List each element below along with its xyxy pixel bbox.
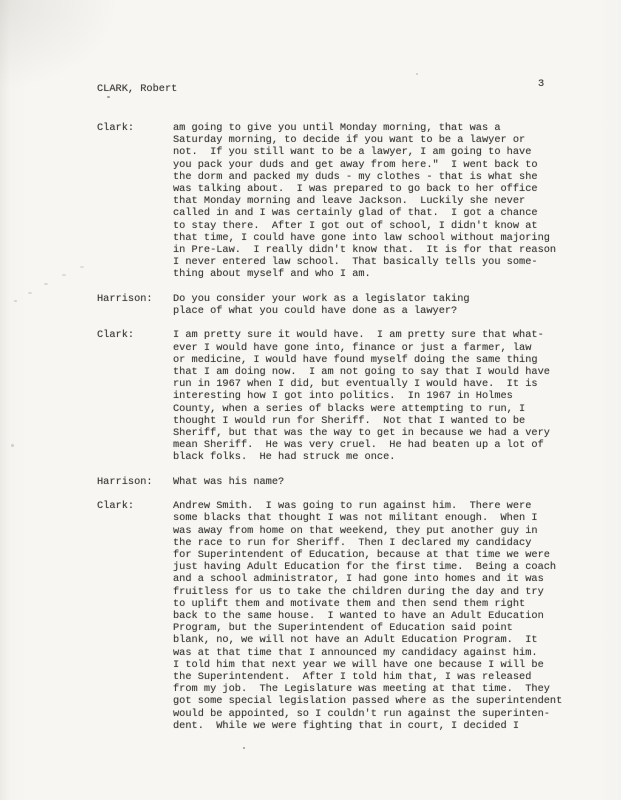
dialogue-entry: Clark: I am pretty sure it would have. I… xyxy=(97,329,597,463)
speaker-label: Clark: xyxy=(97,122,173,134)
scan-speck xyxy=(11,444,14,447)
scanned-transcript-page: CLARK, Robert 3 Clark: am going to give … xyxy=(0,0,621,800)
dialogue-entry: Clark: Andrew Smith. I was going to run … xyxy=(97,500,597,732)
speaker-label: Harrison: xyxy=(97,293,173,305)
speaker-label: Clark: xyxy=(97,329,173,341)
scan-speck xyxy=(416,73,418,75)
dialogue-text: Andrew Smith. I was going to run against… xyxy=(173,500,597,732)
speaker-label: Harrison: xyxy=(97,476,173,488)
dialogue-entry: Harrison: Do you consider your work as a… xyxy=(97,293,597,317)
scan-speck xyxy=(80,266,84,268)
scan-speck xyxy=(44,283,48,285)
dialogue-entry: Clark: am going to give you until Monday… xyxy=(97,122,597,281)
scan-speck xyxy=(107,96,110,98)
dialogue-text: am going to give you until Monday mornin… xyxy=(173,122,597,281)
scan-speck xyxy=(14,300,17,302)
interviewee-name: CLARK, Robert xyxy=(97,83,177,95)
scan-speck xyxy=(243,747,245,749)
speaker-label: Clark: xyxy=(97,500,173,512)
dialogue-entry: Harrison: What was his name? xyxy=(97,476,597,488)
dialogue-text: Do you consider your work as a legislato… xyxy=(173,293,597,317)
scan-speck xyxy=(28,292,32,294)
dialogue-text: What was his name? xyxy=(173,476,597,488)
dialogue-transcript: Clark: am going to give you until Monday… xyxy=(97,122,597,744)
scan-speck xyxy=(62,274,66,276)
page-number: 3 xyxy=(538,78,544,90)
dialogue-text: I am pretty sure it would have. I am pre… xyxy=(173,329,597,463)
